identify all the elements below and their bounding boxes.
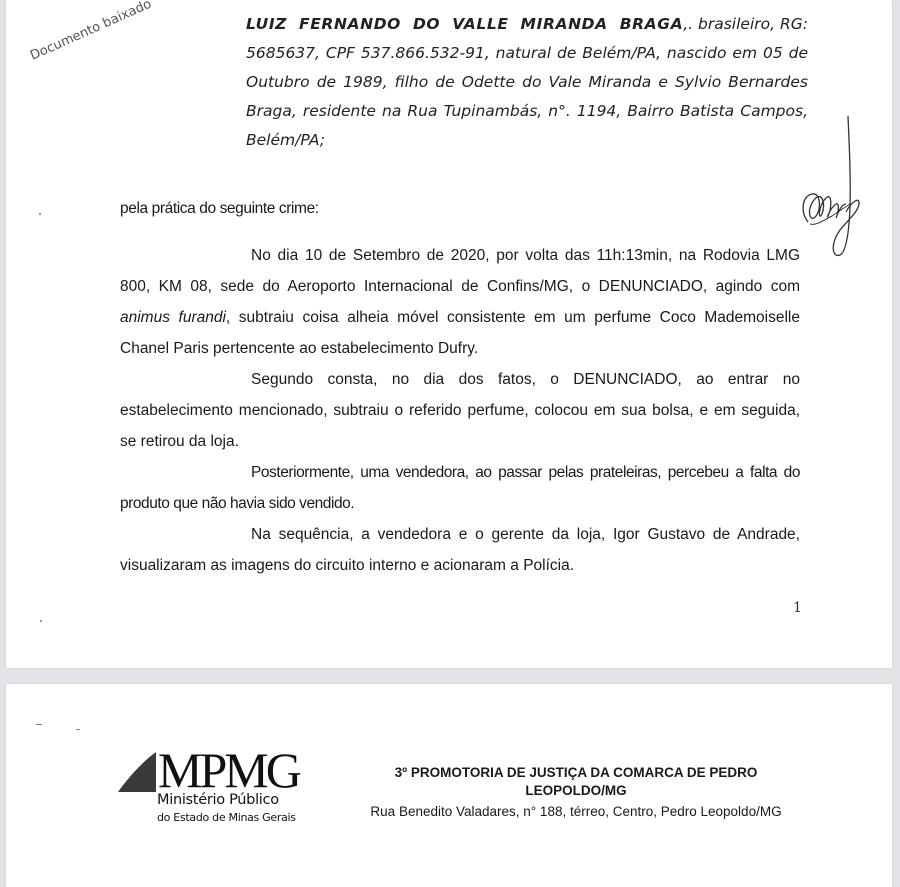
- document-page-2: MPMG Ministério Público do Estado de Min…: [6, 684, 892, 887]
- logo-state: do Estado de Minas Gerais: [157, 811, 296, 824]
- complaint-body: pela prática do seguinte crime: No dia 1…: [120, 193, 800, 581]
- paragraph-police: Na sequência, a vendedora e o gerente da…: [120, 519, 800, 581]
- defendant-qualification: LUIZ FERNANDO DO VALLE MIRANDA BRAGA,. b…: [246, 10, 808, 155]
- paragraph-facts: No dia 10 de Setembro de 2020, por volta…: [120, 240, 800, 364]
- scan-speck: [76, 729, 80, 730]
- document-page-1: Documento baixado LUIZ FERNANDO DO VALLE…: [6, 0, 892, 668]
- office-header: 3º PROMOTORIA DE JUSTIÇA DA COMARCA DE P…: [336, 764, 816, 823]
- scan-speck: [39, 213, 41, 215]
- logo-acronym: MPMG: [158, 742, 299, 798]
- page-number: 1: [793, 600, 802, 616]
- crime-lead: pela prática do seguinte crime:: [120, 193, 800, 224]
- logo-triangle-icon: [118, 750, 158, 794]
- paragraph-discovery: Posteriormente, uma vendedora, ao passar…: [120, 457, 800, 519]
- scan-speck: [40, 620, 42, 622]
- office-address: Rua Benedito Valadares, n° 188, térreo, …: [336, 801, 816, 823]
- watermark: Documento baixado: [28, 0, 154, 64]
- office-title: 3º PROMOTORIA DE JUSTIÇA DA COMARCA DE P…: [376, 764, 776, 800]
- defendant-details: ,. brasileiro, RG: 5685637, CPF 537.866.…: [246, 15, 808, 149]
- defendant-name: LUIZ FERNANDO DO VALLE MIRANDA BRAGA: [246, 15, 683, 33]
- paragraph-circumstances: Segundo consta, no dia dos fatos, o DENU…: [120, 364, 800, 457]
- signature-icon: [796, 112, 866, 262]
- mpmg-logo: MPMG Ministério Público do Estado de Min…: [118, 750, 308, 830]
- latin-term: animus furandi: [120, 309, 226, 326]
- paragraph-facts-text: No dia 10 de Setembro de 2020, por volta…: [120, 247, 800, 295]
- scan-speck: [36, 724, 42, 725]
- logo-institution: Ministério Público: [157, 792, 279, 808]
